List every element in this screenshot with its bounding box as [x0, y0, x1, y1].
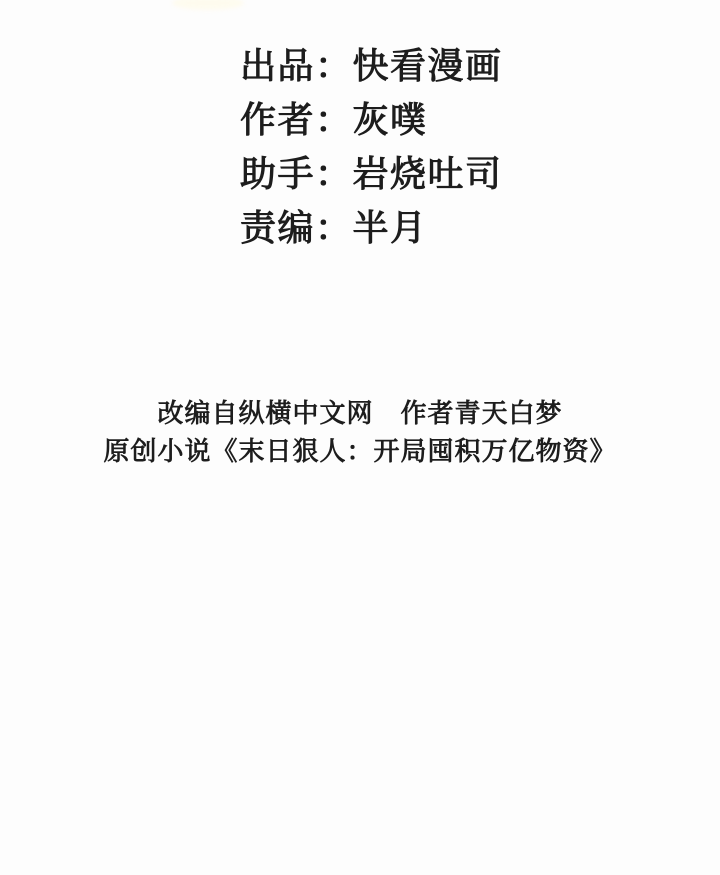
credit-line-editor: 责编：半月 — [240, 201, 503, 255]
adaptation-block: 改编自纵横中文网 作者青天白梦 原创小说《末日狠人：开局囤积万亿物资》 — [0, 394, 720, 470]
credit-line-author: 作者：灰噗 — [240, 93, 503, 147]
credit-line-assistant: 助手：岩烧吐司 — [240, 147, 503, 201]
original-novel-title-line: 原创小说《末日狠人：开局囤积万亿物资》 — [0, 432, 720, 470]
credit-line-producer: 出品：快看漫画 — [240, 39, 503, 93]
faint-artifact — [172, 0, 244, 10]
credits-block: 出品：快看漫画 作者：灰噗 助手：岩烧吐司 责编：半月 — [240, 39, 503, 255]
comic-credits-page: 出品：快看漫画 作者：灰噗 助手：岩烧吐司 责编：半月 改编自纵横中文网 作者青… — [0, 0, 720, 875]
adaptation-source-line: 改编自纵横中文网 作者青天白梦 — [0, 394, 720, 432]
